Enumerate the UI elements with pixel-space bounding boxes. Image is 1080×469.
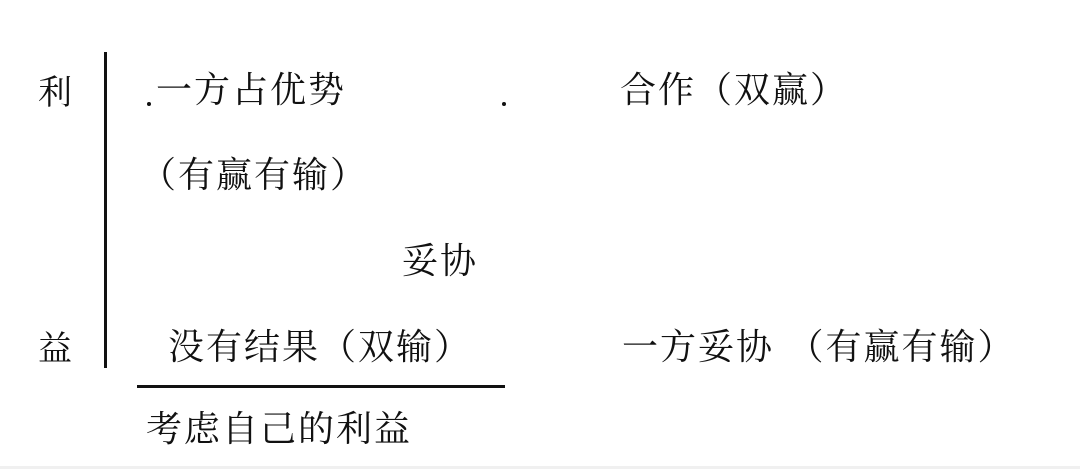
center-label: 妥协 [402, 244, 478, 280]
quadrant-top-right-label: 合作（双赢） [620, 73, 848, 109]
marker-dot-left [147, 102, 151, 106]
quadrant-top-left-subtitle: （有赢有输） [140, 158, 368, 194]
quadrant-top-left-title: 一方占优势 [156, 73, 346, 109]
marker-dot-center [502, 102, 506, 106]
x-axis-label: 考虑自己的利益 [146, 412, 412, 448]
y-axis-label-top: 利 [38, 76, 72, 110]
y-axis-label-bottom: 益 [38, 332, 72, 366]
quadrant-bottom-left-label: 没有结果（双输） [168, 330, 472, 366]
y-axis-line [104, 52, 107, 368]
quadrant-bottom-right-label: 一方妥协 （有赢有输） [622, 330, 1015, 366]
x-axis-line [137, 385, 505, 388]
